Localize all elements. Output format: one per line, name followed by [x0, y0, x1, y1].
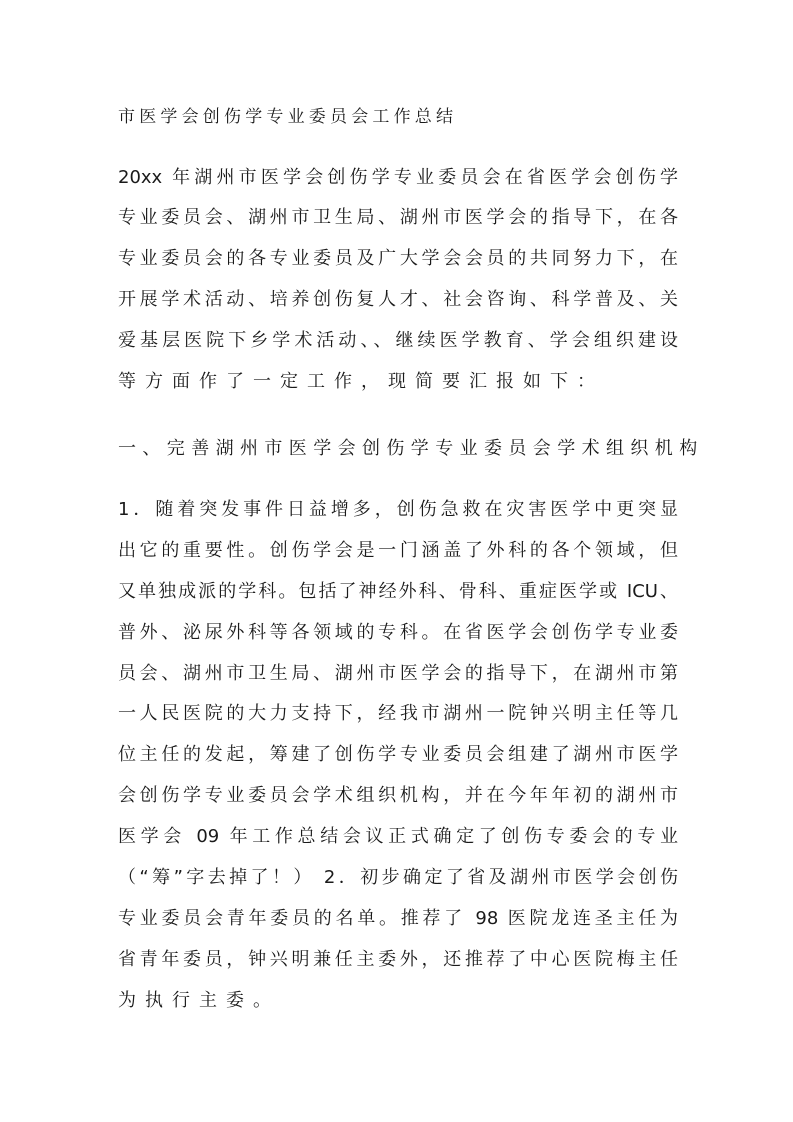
paragraph-line: 20xx 年湖州市医学会创伤学专业委员会在省医学会创伤学	[118, 166, 678, 190]
paragraph-line: 爱基层医院下乡学术活动、、继续医学教育、学会组织建设	[118, 329, 678, 353]
paragraph-line: 会创伤学专业委员会学术组织机构，并在今年年初的湖州市	[118, 784, 678, 808]
paragraph-line: 一人民医院的大力支持下，经我市湖州一院钟兴明主任等几	[118, 702, 678, 726]
paragraph-line: 出它的重要性。创伤学会是一门涵盖了外科的各个领域，但	[118, 539, 678, 563]
paragraph-line: （“筹”字去掉了！） 2．初步确定了省及湖州市医学会创伤	[118, 866, 678, 890]
document-page: 市医学会创伤学专业委员会工作总结 20xx 年湖州市医学会创伤学专业委员会在省医…	[0, 0, 793, 1122]
paragraph-line: 开展学术活动、培养创伤复人才、社会咨询、科学普及、关	[118, 288, 678, 312]
paragraph-line: 医学会 09 年工作总结会议正式确定了创伤专委会的专业	[118, 825, 678, 849]
paragraph-line: 普外、泌尿外科等各领域的专科。在省医学会创伤学专业委	[118, 621, 678, 645]
paragraph-line: 位主任的发起，筹建了创伤学专业委员会组建了湖州市医学	[118, 743, 678, 767]
paragraph-line: 员会、湖州市卫生局、湖州市医学会的指导下，在湖州市第	[118, 662, 678, 686]
paragraph-line: 省青年委员，钟兴明兼任主委外，还推荐了中心医院梅主任	[118, 948, 678, 972]
paragraph-line: 等方面作了一定工作，现简要汇报如下：	[118, 370, 678, 394]
paragraph-line: 又单独成派的学科。包括了神经外科、骨科、重症医学或 ICU、	[118, 580, 678, 604]
paragraph-line: 专业委员会、湖州市卫生局、湖州市医学会的指导下，在各	[118, 206, 678, 230]
paragraph-line: 为执行主委。	[118, 989, 678, 1013]
paragraph-line: 专业委员会青年委员的名单。推荐了 98 医院龙连圣主任为	[118, 907, 678, 931]
paragraph-line: 专业委员会的各专业委员及广大学会会员的共同努力下，在	[118, 247, 678, 271]
document-title: 市医学会创伤学专业委员会工作总结	[118, 105, 678, 129]
paragraph-line: 1．随着突发事件日益增多，创伤急救在灾害医学中更突显	[118, 498, 678, 522]
section-heading: 一、完善湖州市医学会创伤学专业委员会学术组织机构	[118, 437, 678, 461]
